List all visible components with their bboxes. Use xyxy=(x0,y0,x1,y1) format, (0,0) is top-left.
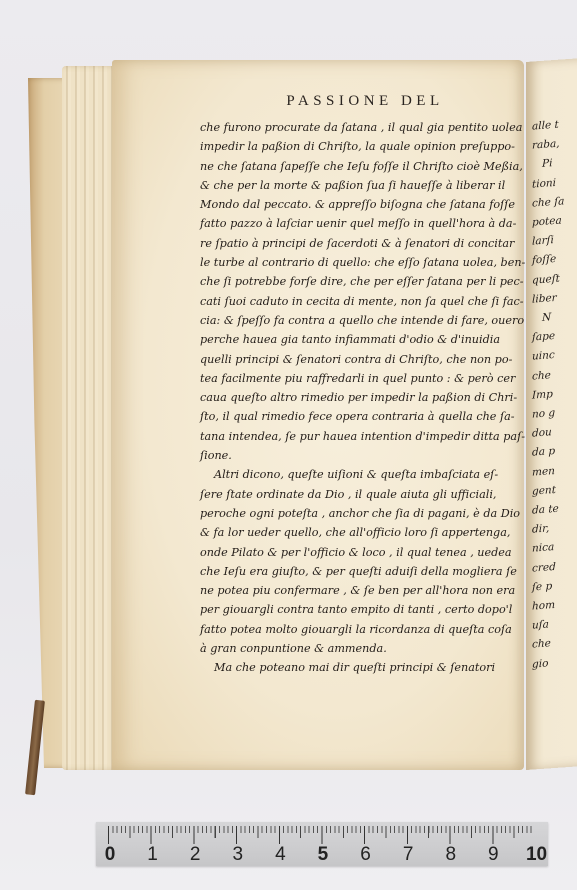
ruler-label: 4 xyxy=(270,844,290,864)
text-line: quelli principi & ſenatori contra di Chr… xyxy=(200,350,516,369)
text-line: & che per la morte & paßion ſua ſi haueſ… xyxy=(200,176,516,195)
ruler-label: 1 xyxy=(143,844,163,864)
text-line: fatto potea molto giouargli la ricordanz… xyxy=(200,620,516,639)
text-line: per giouargli contra tanto empito di tan… xyxy=(200,600,516,619)
page-block-edges xyxy=(62,66,118,770)
ruler-label: 8 xyxy=(441,844,461,864)
ruler-label: 3 xyxy=(228,844,248,864)
text-line: che Ieſu era giuſto, & per queſti aduiſi… xyxy=(200,562,516,581)
ruler-labels: 0 1 2 3 4 5 6 7 8 9 10 xyxy=(100,844,546,864)
text-line: tea facilmente piu raffredarli in quel p… xyxy=(200,369,516,388)
text-line: che furono procurate da ſatana , il qual… xyxy=(200,118,516,137)
text-line: à gran conpuntione & ammenda. xyxy=(200,639,516,658)
text-line: caua queſto altro rimedio per impedir la… xyxy=(200,388,516,407)
ruler-ticks xyxy=(108,826,535,844)
ruler-label: 6 xyxy=(356,844,376,864)
ruler-label: 0 xyxy=(100,844,120,864)
scale-ruler: 0 1 2 3 4 5 6 7 8 9 10 xyxy=(96,822,548,866)
text-line: perche hauea gia tanto infiammati d'odio… xyxy=(200,330,516,349)
text-line: peroche ogni poteſta , anchor che ſia di… xyxy=(200,504,516,523)
running-head: PASSIONE DEL xyxy=(270,93,460,110)
text-line: ſto, il qual rimedio fece opera contrari… xyxy=(200,407,516,426)
right-page: alle t raba, Pi tioni che ſa potea larſi… xyxy=(526,58,577,770)
text-line: ſere ſtate ordinate da Dio , il quale ai… xyxy=(200,485,516,504)
ruler-label: 2 xyxy=(185,844,205,864)
text-line: le turbe al contrario di quello: che eſſ… xyxy=(200,253,516,272)
left-page-text: che furono procurate da ſatana , il qual… xyxy=(200,118,516,678)
text-line: tana intendea, ſe pur hauea intention d'… xyxy=(200,427,516,446)
ruler-label: 9 xyxy=(483,844,503,864)
text-line: gio xyxy=(532,651,577,674)
ruler-label: 7 xyxy=(398,844,418,864)
bookmark-ribbon xyxy=(25,700,45,796)
paragraph-start: Ma che poteano mai dir queſti principi &… xyxy=(200,658,516,677)
text-line: ſione. xyxy=(200,446,516,465)
text-line: re ſpatio à principi de ſacerdoti & à ſe… xyxy=(200,234,516,253)
ruler-label: 5 xyxy=(313,844,333,864)
text-line: Mondo dal peccato. & appreſſo biſogna ch… xyxy=(200,195,516,214)
text-line: onde Pilato & per l'officio & loco , il … xyxy=(200,543,516,562)
text-line: che ſi potrebbe forſe dire, che per eſſe… xyxy=(200,272,516,291)
text-line: fatto pazzo à laſciar uenir quel meſſo i… xyxy=(200,214,516,233)
text-line: cia: & ſpeſſo fa contra a quello che int… xyxy=(200,311,516,330)
text-line: cati ſuoi caduto in cecita di mente, non… xyxy=(200,292,516,311)
text-line: ne potea piu confermare , & ſe ben per a… xyxy=(200,581,516,600)
text-line: & fa lor ueder quello, che all'officio l… xyxy=(200,523,516,542)
paragraph-start: Altri dicono, queſte uiſioni & queſta im… xyxy=(200,465,516,484)
ruler-label: 10 xyxy=(526,844,546,864)
right-page-text: alle t raba, Pi tioni che ſa potea larſi… xyxy=(532,113,577,674)
text-line: ne che ſatana ſapeſſe che Ieſu foſſe il … xyxy=(200,157,516,176)
text-line: impedir la paßion di Chriſto, la quale o… xyxy=(200,137,516,156)
